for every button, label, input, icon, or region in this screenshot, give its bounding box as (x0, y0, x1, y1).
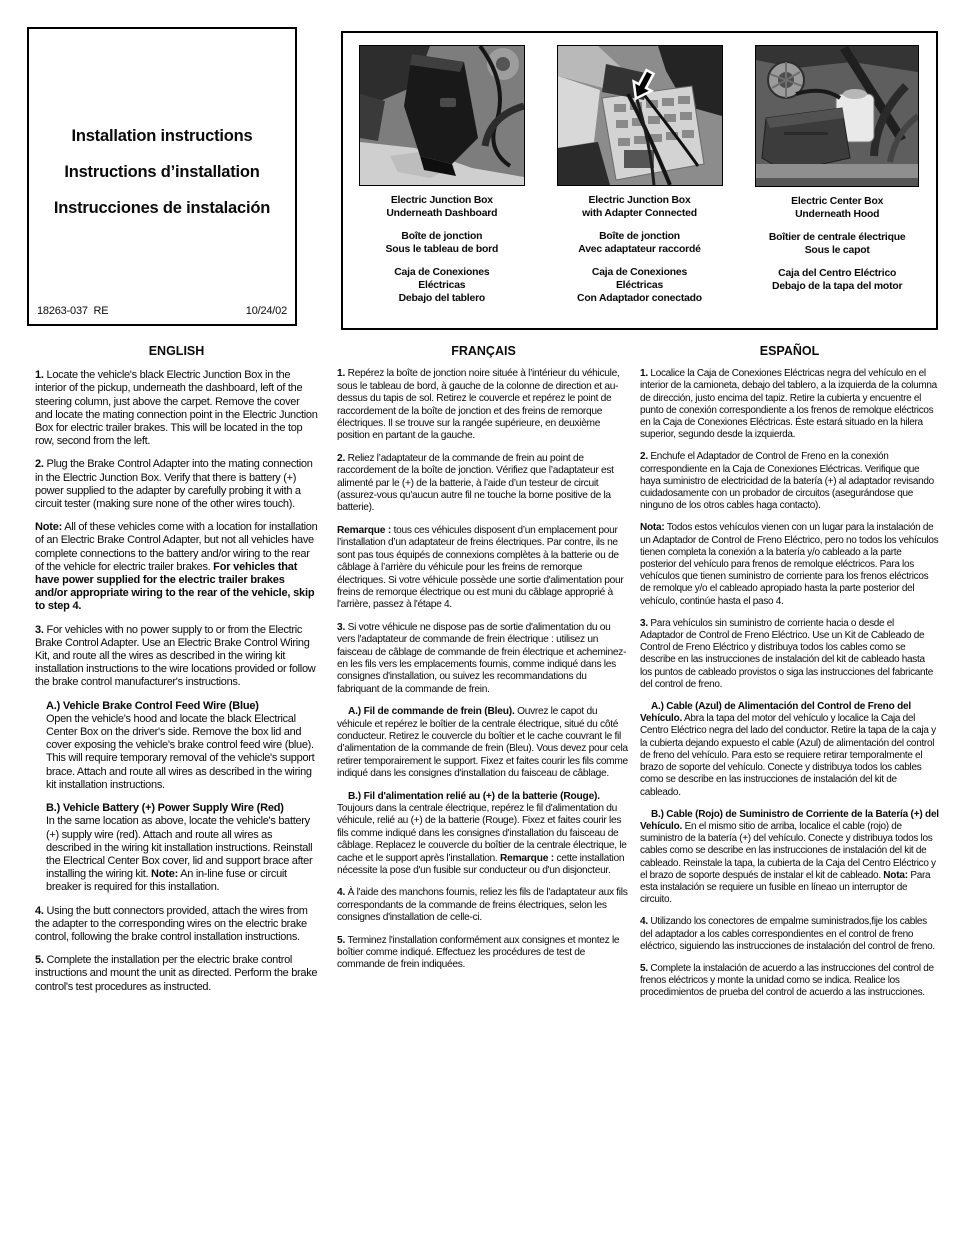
column-english: ENGLISH 1. Locate the vehicle's black El… (35, 345, 318, 1004)
photo-junction-box-with-adapter (558, 46, 722, 185)
instruction-paragraph: 5. Complete the installation per the ele… (35, 954, 318, 994)
photo-caption: Electric Junction BoxUnderneath Dashboar… (345, 195, 539, 220)
photo-center-box-underneath-hood (756, 46, 918, 186)
instruction-paragraph: A.) Vehicle Brake Control Feed Wire (Blu… (46, 700, 318, 792)
photo-captions-1: Electric Junction BoxUnderneath Dashboar… (343, 195, 541, 305)
title-box: Installation instructions Instructions d… (27, 27, 297, 326)
instruction-paragraph: Note: All of these vehicles come with a … (35, 521, 318, 613)
photo-column-center-box-hood: Electric Center BoxUnderneath HoodBoîtie… (738, 46, 936, 328)
instruction-sheet-page: Installation instructions Instructions d… (0, 0, 954, 1235)
photo-captions-2: Electric Junction Boxwith Adapter Connec… (541, 195, 739, 305)
title-lines: Installation instructions Instructions d… (29, 127, 295, 235)
instruction-paragraph: 1. Repérez la boîte de jonction noire si… (337, 368, 630, 442)
photo-junction-box-dashboard (360, 46, 524, 185)
instruction-paragraph: 3. Para vehículos sin suministro de corr… (640, 618, 939, 691)
instruction-paragraph: 2. Enchufe el Adaptador de Control de Fr… (640, 451, 939, 512)
title-spanish: Instrucciones de instalación (29, 199, 295, 218)
photo-captions-3: Electric Center BoxUnderneath HoodBoîtie… (738, 196, 936, 294)
column-french: FRANÇAIS 1. Repérez la boîte de jonction… (337, 345, 630, 982)
column-heading-french: FRANÇAIS (337, 345, 630, 357)
title-french: Instructions d’installation (29, 163, 295, 182)
column-heading-spanish: ESPAÑOL (640, 345, 939, 357)
photo-caption: Boîte de jonctionSous le tableau de bord (345, 231, 539, 256)
instruction-paragraph: Nota: Todos estos vehículos vienen con u… (640, 522, 939, 607)
instruction-paragraph: B.) Vehicle Battery (+) Power Supply Wir… (46, 802, 318, 894)
revision-date: 10/24/02 (246, 305, 287, 317)
instruction-paragraph: 1. Locate the vehicle's black Electric J… (35, 369, 318, 448)
instruction-paragraph: 2. Plug the Brake Control Adapter into t… (35, 458, 318, 511)
photo-caption: Electric Center BoxUnderneath Hood (740, 196, 934, 221)
title-english: Installation instructions (29, 127, 295, 146)
instruction-paragraph: 3. For vehicles with no power supply to … (35, 624, 318, 690)
instruction-paragraph: 5. Complete la instalación de acuerdo a … (640, 963, 939, 1000)
instruction-paragraph: 2. Reliez l’adaptateur de la commande de… (337, 453, 630, 515)
instruction-paragraph: 4. Utilizando los conectores de empalme … (640, 916, 939, 953)
photo-caption: Caja de ConexionesEléctricasDebajo del t… (345, 267, 539, 305)
instruction-paragraph: 5. Terminez l'installation conformément … (337, 935, 630, 972)
instruction-paragraph: 1. Localice la Caja de Conexiones Eléctr… (640, 368, 939, 441)
column-spanish: ESPAÑOL 1. Localice la Caja de Conexione… (640, 345, 939, 1010)
instruction-paragraph: A.) Fil de commande de frein (Bleu). Ouv… (337, 706, 630, 780)
instruction-paragraph: B.) Fil d'alimentation relié au (+) de l… (337, 791, 630, 878)
photo-panel: Electric Junction BoxUnderneath Dashboar… (341, 31, 938, 330)
instruction-paragraph: 3. Si votre véhicule ne dispose pas de s… (337, 622, 630, 696)
column-heading-english: ENGLISH (35, 345, 318, 358)
photo-caption: Electric Junction Boxwith Adapter Connec… (543, 195, 737, 220)
photo-column-junction-box-dashboard: Electric Junction BoxUnderneath Dashboar… (343, 46, 541, 328)
instruction-paragraph: 4. Using the butt connectors provided, a… (35, 905, 318, 945)
photo-caption: Boîte de jonctionAvec adaptateur raccord… (543, 231, 737, 256)
instruction-paragraph: Remarque : tous ces véhicules disposent … (337, 525, 630, 612)
part-number: 18263-037 RE (37, 305, 108, 317)
instruction-paragraph: 4. À l'aide des manchons fournis, reliez… (337, 887, 630, 924)
instruction-paragraph: B.) Cable (Rojo) de Suministro de Corrie… (640, 809, 939, 907)
photo-caption: Boîtier de centrale électriqueSous le ca… (740, 232, 934, 257)
instruction-paragraph: A.) Cable (Azul) de Alimentación del Con… (640, 701, 939, 799)
photo-caption: Caja de ConexionesEléctricasCon Adaptado… (543, 267, 737, 305)
photo-caption: Caja del Centro EléctricoDebajo de la ta… (740, 268, 934, 293)
photo-column-junction-box-adapter: Electric Junction Boxwith Adapter Connec… (541, 46, 739, 328)
title-footer: 18263-037 RE 10/24/02 (37, 305, 287, 317)
